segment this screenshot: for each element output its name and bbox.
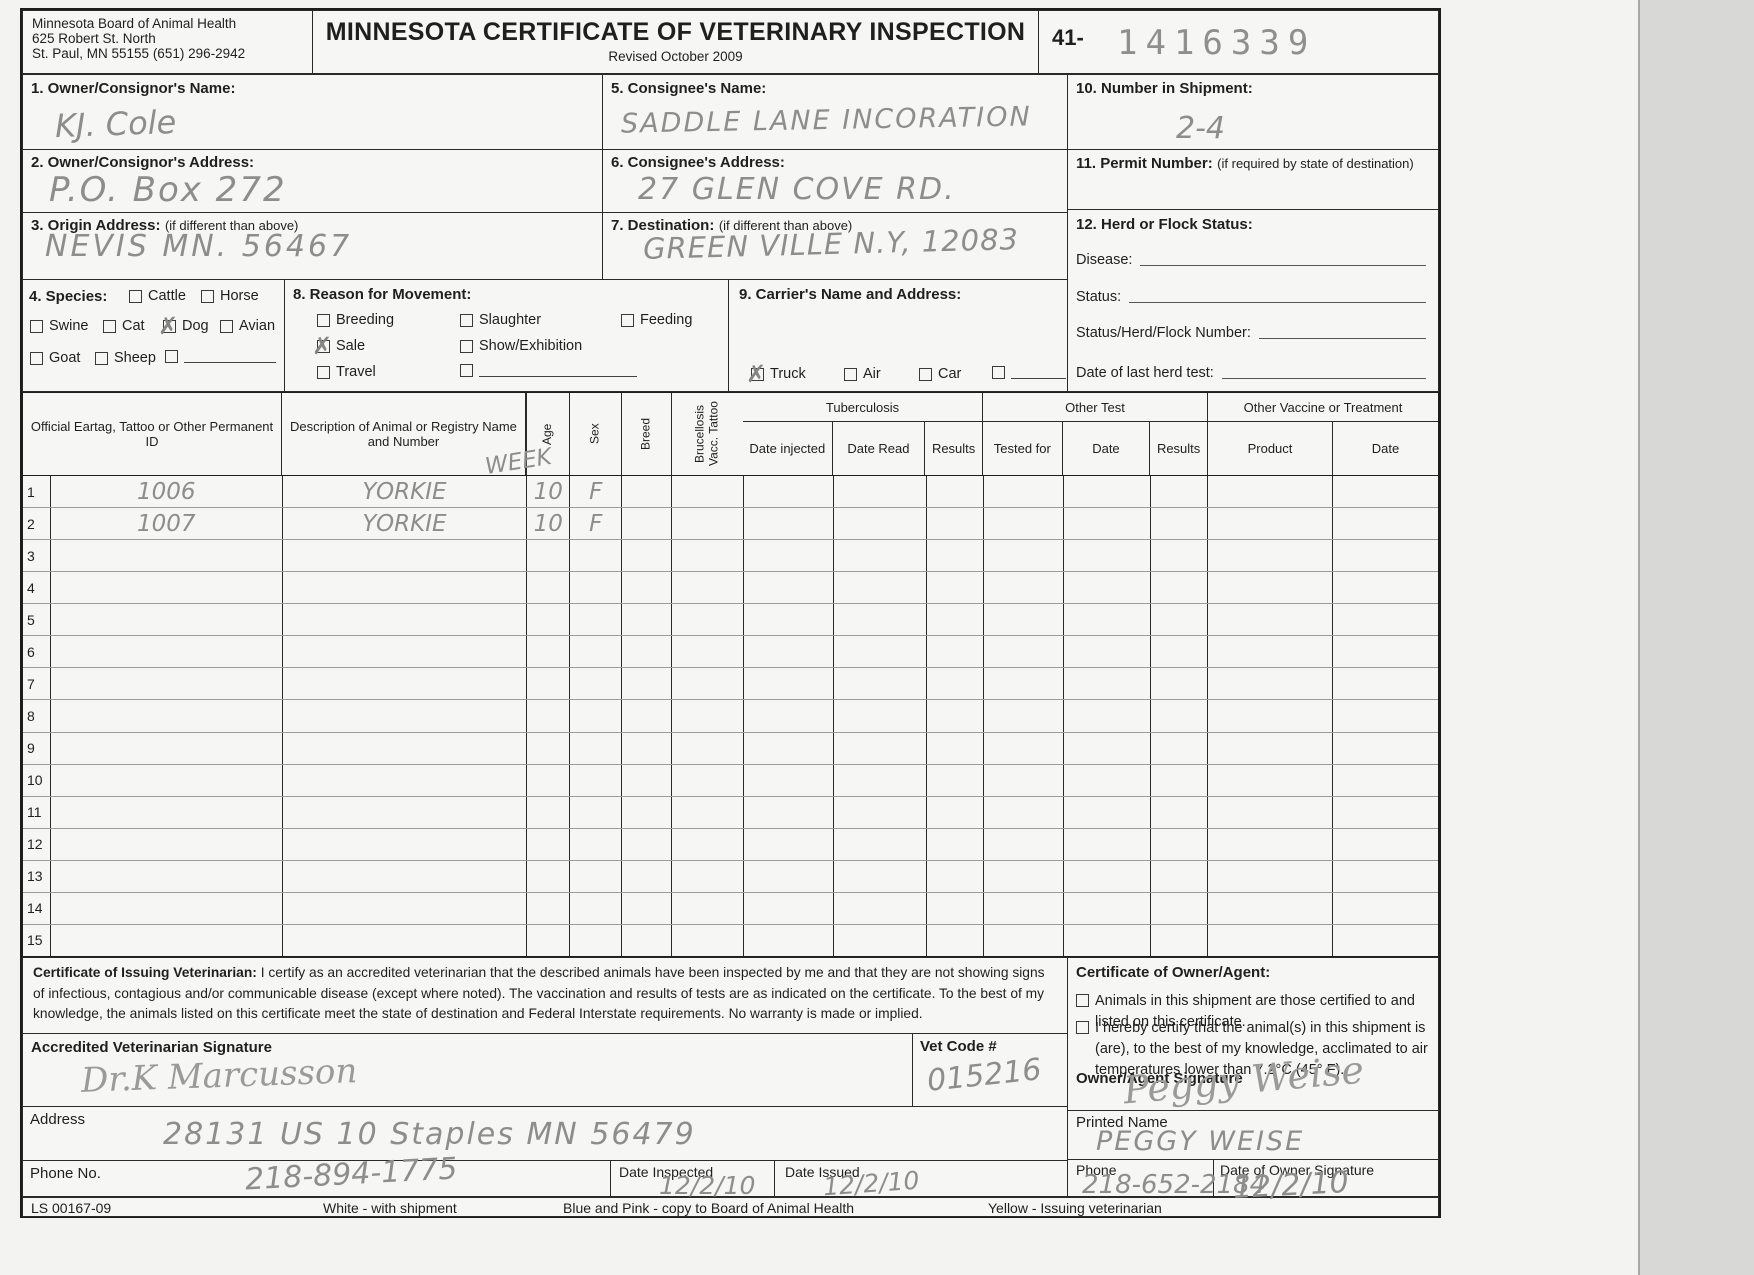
herd-disease-line: Disease: [1076,252,1426,268]
table-row: 5 [23,604,1438,636]
table-cell-ov1 [1208,925,1333,956]
table-cell-num: 10 [23,765,51,796]
certificate-number-prefix: 41- [1052,25,1084,51]
checkbox-feeding[interactable]: ✗Feeding [621,312,692,328]
table-cell-id [51,829,283,860]
table-cell-tb2 [834,765,927,796]
table-cell-tb3 [927,636,984,667]
table-cell-sex [570,925,622,956]
field-owner-address-label: 2. Owner/Consignor's Address: [31,154,254,171]
field-carrier: 9. Carrier's Name and Address: ✗Truck ✗A… [728,279,1068,392]
table-cell-ov2 [1333,765,1438,796]
table-cell-bruc [672,765,744,796]
group-tuberculosis-label: Tuberculosis [743,393,982,422]
col-header-ot-results: Results [1150,422,1207,475]
table-cell-ot3 [1151,893,1208,924]
checkbox-goat[interactable]: ✗Goat [30,350,80,366]
form-title: MINNESOTA CERTIFICATE OF VETERINARY INSP… [313,18,1038,47]
herd-status-number-blank [1259,338,1426,339]
checkbox-air[interactable]: ✗Air [844,366,881,382]
table-cell-tb2 [834,668,927,699]
sheep-label: Sheep [114,350,156,366]
table-cell-ot3 [1151,861,1208,892]
table-cell-tb1 [744,572,834,603]
field-movement: 8. Reason for Movement: ✗Breeding ✗Slaug… [284,279,729,392]
movement-other-blank [479,364,637,377]
dog-label: Dog [182,318,209,334]
table-cell-ov1 [1208,636,1333,667]
field-owner-name: 1. Owner/Consignor's Name: KJ. Cole [22,74,603,150]
footer-copy-blue-pink: Blue and Pink - copy to Board of Animal … [563,1200,854,1216]
table-cell-ov2 [1333,797,1438,828]
herd-last-test-blank [1222,378,1426,379]
table-cell-sex [570,668,622,699]
checkbox-breeding[interactable]: ✗Breeding [317,312,394,328]
table-cell-sex [570,636,622,667]
table-cell-tb3 [927,572,984,603]
table-cell-sex [570,829,622,860]
table-cell-breed [622,861,672,892]
table-cell-ov1 [1208,604,1333,635]
table-cell-num: 2 [23,508,51,539]
scanned-document: Minnesota Board of Animal Health 625 Rob… [0,0,1754,1275]
field-consignee-address-label: 6. Consignee's Address: [611,154,785,171]
field-species: 4. Species: ✗Cattle ✗Horse ✗Swine ✗Cat ✗… [22,279,285,392]
checkbox-slaughter[interactable]: ✗Slaughter [460,312,541,328]
carrier-other-blank [1011,366,1066,379]
vet-phone-block: Phone No. 218-894-1775 [22,1160,611,1198]
table-row: 15 [23,925,1438,956]
field-permit-number-note: (if required by state of destination) [1217,156,1414,171]
truck-label: Truck [770,366,806,382]
footer-copy-yellow: Yellow - Issuing veterinarian [988,1200,1162,1216]
table-row: 11006YORKIE10F [23,476,1438,508]
table-cell-sex [570,861,622,892]
table-cell-tb2 [834,476,927,507]
table-cell-breed [622,508,672,539]
species-other-checkbox-icon: ✗ [165,350,178,363]
table-cell-tb1 [744,636,834,667]
table-cell-desc: YORKIE [283,508,528,539]
table-cell-desc [283,765,528,796]
group-tuberculosis: Tuberculosis Date injected Date Read Res… [743,393,983,475]
table-cell-ot1 [984,733,1064,764]
table-cell-tb1 [744,765,834,796]
movement-other-checkbox-icon: ✗ [460,364,473,377]
table-cell-ov2 [1333,700,1438,731]
vet-signature-block: Accredited Veterinarian Signature Dr.K M… [22,1033,913,1107]
table-cell-ot1 [984,700,1064,731]
table-cell-tb3 [927,540,984,571]
table-cell-sex [570,765,622,796]
table-cell-ot1 [984,572,1064,603]
owner-certificate-title: Certificate of Owner/Agent: [1076,964,1270,981]
checkbox-avian[interactable]: ✗Avian [220,318,275,334]
table-cell-age [527,765,570,796]
table-cell-num: 13 [23,861,51,892]
table-cell-ov2 [1333,668,1438,699]
table-cell-ot2 [1064,668,1152,699]
table-cell-ot2 [1064,797,1152,828]
table-cell-desc [283,829,528,860]
table-cell-ov1 [1208,829,1333,860]
table-cell-desc [283,604,528,635]
table-cell-ov1 [1208,540,1333,571]
col-header-sex: Sex [569,393,621,475]
herd-last-test-line: Date of last herd test: [1076,365,1426,381]
table-cell-ot3 [1151,572,1208,603]
checkbox-swine[interactable]: ✗Swine [30,318,89,334]
field-owner-name-label: 1. Owner/Consignor's Name: [31,80,235,97]
table-cell-tb3 [927,765,984,796]
field-species-label: 4. Species: [29,288,107,305]
table-cell-tb3 [927,604,984,635]
table-cell-tb1 [744,476,834,507]
show-exhibition-checkbox-icon: ✗ [460,340,473,353]
table-cell-id [51,765,283,796]
carrier-other-checkbox-icon: ✗ [992,366,1005,379]
table-cell-ot2 [1064,733,1152,764]
table-row: 8 [23,700,1438,732]
feeding-checkbox-icon: ✗ [621,314,634,327]
table-cell-num: 7 [23,668,51,699]
table-cell-ot2 [1064,765,1152,796]
table-cell-ot1 [984,893,1064,924]
table-cell-bruc [672,476,744,507]
table-cell-tb3 [927,893,984,924]
table-cell-tb2 [834,861,927,892]
vet-code-block: Vet Code # 015216 [912,1033,1068,1107]
form-subtitle: Revised October 2009 [313,49,1038,64]
table-cell-breed [622,668,672,699]
field-herd-status: 12. Herd or Flock Status: Disease: Statu… [1067,209,1439,392]
table-cell-ot1 [984,604,1064,635]
vet-certificate-bold-label: Certificate of Issuing Veterinarian: [33,965,257,980]
table-cell-id [51,700,283,731]
table-cell-ot1 [984,476,1064,507]
table-cell-ot3 [1151,765,1208,796]
table-cell-age [527,572,570,603]
table-cell-ot1 [984,540,1064,571]
avian-checkbox-icon: ✗ [220,320,233,333]
table-cell-tb1 [744,508,834,539]
checkbox-horse[interactable]: ✗Horse [201,288,259,304]
herd-status-number-line: Status/Herd/Flock Number: [1076,325,1426,341]
vet-signature-value: Dr.K Marcusson [80,1051,358,1101]
table-cell-ot3 [1151,733,1208,764]
car-checkbox-icon: ✗ [919,368,932,381]
table-cell-bruc [672,925,744,956]
herd-status-blank [1129,302,1426,303]
vet-phone-label: Phone No. [30,1165,101,1182]
org-line-1: Minnesota Board of Animal Health [32,16,303,31]
col-header-ot-date: Date [1063,422,1151,475]
breeding-checkbox-icon: ✗ [317,314,330,327]
table-cell-ov1 [1208,508,1333,539]
table-cell-id [51,540,283,571]
checkbox-movement-other[interactable]: ✗ [460,364,637,377]
table-cell-id [51,636,283,667]
table-cell-bruc [672,893,744,924]
table-cell-ov2 [1333,893,1438,924]
table-cell-ov2 [1333,636,1438,667]
date-inspected-value: 12/2/10 [659,1171,755,1200]
table-cell-bruc [672,636,744,667]
col-header-ov-product: Product [1208,422,1333,475]
table-cell-tb3 [927,700,984,731]
table-cell-tb3 [927,829,984,860]
table-cell-ot2 [1064,636,1152,667]
col-header-brucellosis: Brucellosis Vacc. Tattoo [671,393,743,475]
table-cell-ot2 [1064,540,1152,571]
table-cell-ot2 [1064,700,1152,731]
group-other-vaccine-label: Other Vaccine or Treatment [1208,393,1438,422]
table-cell-id [51,797,283,828]
table-row: 10 [23,765,1438,797]
table-cell-id [51,668,283,699]
table-cell-tb2 [834,925,927,956]
sale-checkbox-icon: ✗ [317,340,330,353]
table-cell-breed [622,925,672,956]
table-cell-desc [283,893,528,924]
avian-label: Avian [239,318,275,334]
table-cell-tb3 [927,508,984,539]
table-cell-sex: F [570,508,622,539]
table-cell-id [51,733,283,764]
table-cell-breed [622,572,672,603]
table-cell-tb2 [834,604,927,635]
table-cell-ot3 [1151,508,1208,539]
table-cell-tb2 [834,700,927,731]
field-origin-address: 3. Origin Address: (if different than ab… [22,212,603,280]
vet-certificate-block: Certificate of Issuing Veterinarian: I c… [22,957,1068,1034]
checkbox-truck[interactable]: ✗Truck [751,366,806,382]
table-cell-tb1 [744,604,834,635]
table-cell-desc [283,733,528,764]
table-cell-ot2 [1064,893,1152,924]
herd-disease-blank [1140,265,1426,266]
table-cell-tb1 [744,925,834,956]
table-cell-tb1 [744,700,834,731]
field-owner-address: 2. Owner/Consignor's Address: P.O. Box 2… [22,149,603,213]
table-cell-bruc [672,797,744,828]
show-exhibition-label: Show/Exhibition [479,338,582,354]
group-other-test-label: Other Test [983,393,1207,422]
table-cell-sex [570,572,622,603]
table-cell-ot3 [1151,476,1208,507]
table-cell-num: 14 [23,893,51,924]
table-cell-ot1 [984,668,1064,699]
animal-table-header: Official Eartag, Tattoo or Other Permane… [23,393,1438,476]
table-cell-desc: YORKIE [283,476,528,507]
footer-form-number: LS 00167-09 [31,1200,111,1216]
table-cell-tb2 [834,893,927,924]
group-other-test: Other Test Tested for Date Results [983,393,1208,475]
table-cell-ot3 [1151,829,1208,860]
org-line-3: St. Paul, MN 55155 (651) 296-2942 [32,46,303,61]
field-herd-status-label: 12. Herd or Flock Status: [1076,216,1253,233]
table-cell-age: 10 [527,508,570,539]
table-cell-desc [283,925,528,956]
animal-table: Official Eartag, Tattoo or Other Permane… [22,392,1439,957]
table-cell-breed [622,540,672,571]
date-inspected-block: Date Inspected 12/2/10 [610,1160,775,1198]
table-cell-ov1 [1208,861,1333,892]
field-consignee-address: 6. Consignee's Address: 27 GLEN COVE RD. [602,149,1068,213]
table-cell-id: 1006 [51,476,283,507]
table-cell-age [527,829,570,860]
checkbox-cattle[interactable]: ✗Cattle [129,288,186,304]
checkbox-dog[interactable]: ✗Dog [163,318,209,334]
table-cell-ov2 [1333,508,1438,539]
vet-code-value: 015216 [925,1052,1043,1099]
table-cell-age [527,636,570,667]
table-cell-tb2 [834,636,927,667]
table-cell-ot1 [984,508,1064,539]
checkbox-car[interactable]: ✗Car [919,366,961,382]
owner-signature-divider [1068,1110,1440,1111]
checkbox-cat[interactable]: ✗Cat [103,318,145,334]
table-cell-breed [622,700,672,731]
table-cell-tb1 [744,829,834,860]
field-consignee-name-label: 5. Consignee's Name: [611,80,766,97]
date-issued-block: Date Issued 12/2/10 [774,1160,1068,1198]
table-cell-tb1 [744,668,834,699]
table-row: 12 [23,829,1438,861]
table-cell-sex [570,540,622,571]
table-cell-num: 15 [23,925,51,956]
table-cell-ot2 [1064,861,1152,892]
field-owner-address-value: P.O. Box 272 [49,170,287,210]
table-row: 3 [23,540,1438,572]
table-cell-ov2 [1333,476,1438,507]
owner-cert-2-checkbox-icon: ✗ [1076,1021,1089,1034]
table-cell-num: 9 [23,733,51,764]
table-cell-age [527,540,570,571]
table-cell-breed [622,797,672,828]
table-cell-tb3 [927,861,984,892]
table-row: 7 [23,668,1438,700]
field-number-in-shipment: 10. Number in Shipment: 2-4 [1067,74,1439,150]
herd-last-test-label: Date of last herd test: [1076,365,1214,381]
travel-label: Travel [336,364,376,380]
table-cell-id: 1007 [51,508,283,539]
table-row: 13 [23,861,1438,893]
col-header-tb-date-injected: Date injected [743,422,833,475]
table-cell-num: 5 [23,604,51,635]
table-cell-sex [570,893,622,924]
checkbox-show-exhibition[interactable]: ✗Show/Exhibition [460,338,582,354]
table-row: 21007YORKIE10F [23,508,1438,540]
vet-signature-label: Accredited Veterinarian Signature [31,1039,272,1056]
group-other-vaccine: Other Vaccine or Treatment Product Date [1208,393,1438,475]
slaughter-label: Slaughter [479,312,541,328]
table-cell-age: 10 [527,476,570,507]
herd-disease-label: Disease: [1076,252,1132,268]
table-cell-age [527,925,570,956]
table-cell-ov2 [1333,925,1438,956]
cat-label: Cat [122,318,145,334]
field-consignee-name-value: SADDLE LANE INCORATION [621,101,1032,139]
checkbox-sheep[interactable]: ✗Sheep [95,350,156,366]
field-origin-address-value: NEVIS MN. 56467 [45,229,352,264]
table-cell-age [527,733,570,764]
org-address-block: Minnesota Board of Animal Health 625 Rob… [22,10,313,74]
table-cell-breed [622,893,672,924]
owner-phone-divider [1068,1159,1440,1160]
checkbox-travel[interactable]: ✗Travel [317,364,376,380]
col-header-ot-tested-for: Tested for [983,422,1063,475]
table-cell-tb2 [834,733,927,764]
checkbox-carrier-other[interactable]: ✗ [992,366,1066,379]
table-cell-ot3 [1151,540,1208,571]
table-cell-ot1 [984,829,1064,860]
table-cell-num: 1 [23,476,51,507]
checkbox-species-other[interactable]: ✗ [165,350,276,363]
table-cell-tb3 [927,668,984,699]
table-cell-bruc [672,604,744,635]
checkbox-sale[interactable]: ✗Sale [317,338,365,354]
table-cell-bruc [672,572,744,603]
table-cell-ot3 [1151,925,1208,956]
cattle-checkbox-icon: ✗ [129,290,142,303]
table-cell-bruc [672,668,744,699]
table-cell-ot3 [1151,668,1208,699]
table-cell-tb2 [834,508,927,539]
col-header-breed: Breed [621,393,671,475]
table-cell-bruc [672,829,744,860]
table-cell-id [51,893,283,924]
table-cell-tb3 [927,733,984,764]
table-cell-ot3 [1151,604,1208,635]
table-cell-bruc [672,540,744,571]
col-header-ov-date: Date [1333,422,1438,475]
horse-label: Horse [220,288,259,304]
table-cell-breed [622,829,672,860]
table-cell-ot1 [984,861,1064,892]
table-row: 9 [23,733,1438,765]
table-cell-ov1 [1208,733,1333,764]
table-cell-ot2 [1064,476,1152,507]
certificate-number-block: 41- 1416339 [1038,10,1439,74]
table-cell-desc [283,668,528,699]
footer-copy-white: White - with shipment [323,1200,457,1216]
table-cell-sex [570,700,622,731]
table-row: 11 [23,797,1438,829]
sale-label: Sale [336,338,365,354]
goat-checkbox-icon: ✗ [30,352,43,365]
table-cell-num: 3 [23,540,51,571]
vet-certificate-text: Certificate of Issuing Veterinarian: I c… [23,958,1067,1030]
table-cell-id [51,925,283,956]
table-cell-ot1 [984,636,1064,667]
table-cell-num: 12 [23,829,51,860]
owner-certificate-block: Certificate of Owner/Agent: ✗Animals in … [1067,957,1439,1197]
table-cell-sex [570,604,622,635]
table-cell-age [527,668,570,699]
field-number-in-shipment-value: 2-4 [1176,111,1225,146]
table-cell-ot1 [984,765,1064,796]
table-cell-ot1 [984,797,1064,828]
table-cell-tb2 [834,829,927,860]
table-cell-tb1 [744,733,834,764]
table-cell-age [527,604,570,635]
table-row: 14 [23,893,1438,925]
table-cell-bruc [672,508,744,539]
table-cell-ot3 [1151,636,1208,667]
herd-status-label: Status: [1076,289,1121,305]
herd-status-line: Status: [1076,289,1426,305]
